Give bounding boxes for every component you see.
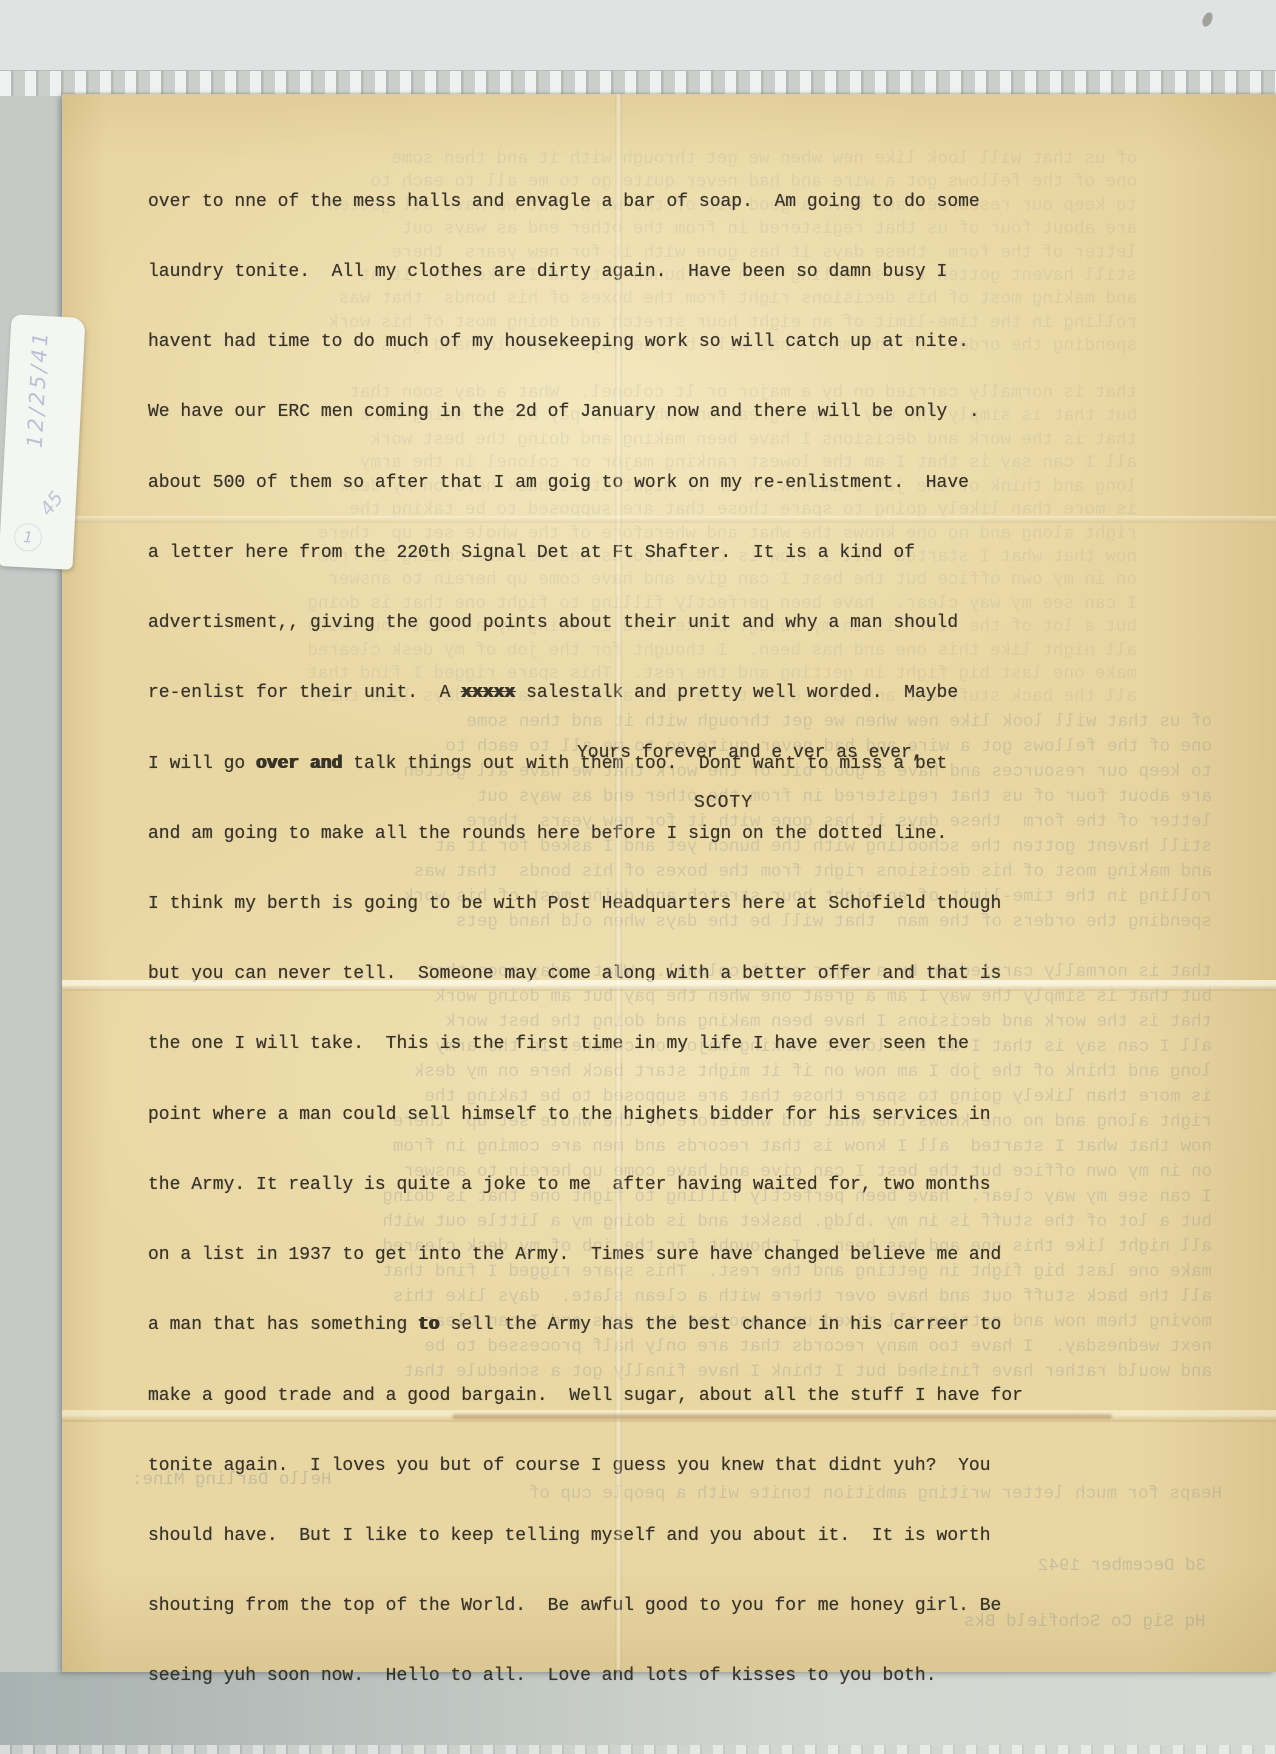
- overstruck-text: over and: [256, 754, 342, 774]
- letter-line: about 500 of them so after that I am goi…: [148, 472, 1148, 495]
- letter-line: laundry tonite. All my clothes are dirty…: [148, 261, 1148, 284]
- letter-line: seeing yuh soon now. Hello to all. Love …: [148, 1665, 1148, 1688]
- archive-sticker: 12/25/41 45 1: [0, 314, 86, 570]
- letter-paper: of us that will look like new when we ge…: [62, 94, 1276, 1672]
- sleeve-bottom-perforation: [0, 1745, 1276, 1754]
- letter-line: point where a man could sell himself to …: [148, 1104, 1148, 1127]
- letter-line: shouting from the top of the World. Be a…: [148, 1595, 1148, 1618]
- scanned-letter-page: { "letter": { "lines": [ "over to nne of…: [0, 0, 1276, 1754]
- letter-line: a letter here from the 220th Signal Det …: [148, 542, 1148, 565]
- fold-crease-horizontal-upper: [62, 516, 1276, 523]
- fold-crease-horizontal-middle: [62, 980, 1276, 991]
- letter-line: and am going to make all the rounds here…: [148, 823, 1148, 846]
- letter-line: We have our ERC men coming in the 2d of …: [148, 401, 1148, 424]
- letter-closing: Yours forever and e ver as ever,: [577, 742, 923, 765]
- sticker-circled-mark: 1: [13, 523, 42, 552]
- sleeve-perforation-strip: [0, 71, 1276, 96]
- sticker-handwritten-number: 45: [36, 487, 68, 520]
- sticker-handwritten-date: 12/25/41: [23, 329, 53, 448]
- strikeout-text: xxxxx: [461, 683, 515, 703]
- fold-crease-stain: [452, 1414, 1112, 1419]
- letter-line: on a list in 1937 to get into the Army. …: [148, 1244, 1148, 1267]
- letter-signature: SCOTY: [694, 792, 753, 815]
- letter-line: havent had time to do much of my houseke…: [148, 331, 1148, 354]
- letter-line: the Army. It really is quite a joke to m…: [148, 1174, 1148, 1197]
- typed-letter-body: over to nne of the mess halls and envagl…: [148, 144, 1148, 1736]
- overstruck-text: to: [418, 1315, 440, 1335]
- letter-line: I think my berth is going to be with Pos…: [148, 893, 1148, 916]
- letter-line: re-enlist for their unit. A xxxxx salest…: [148, 682, 1148, 705]
- sleeve-top-edge: [0, 0, 1276, 71]
- letter-line: make a good trade and a good bargain. We…: [148, 1385, 1148, 1408]
- letter-line: the one I will take. This is the first t…: [148, 1033, 1148, 1056]
- letter-line: a man that has something to sell the Arm…: [148, 1314, 1148, 1337]
- letter-line: should have. But I like to keep telling …: [148, 1525, 1148, 1548]
- letter-line: tonite again. I loves you but of course …: [148, 1455, 1148, 1478]
- letter-line: advertisment,, giving the good points ab…: [148, 612, 1148, 635]
- fold-crease-vertical: [615, 94, 622, 1672]
- letter-line: over to nne of the mess halls and envagl…: [148, 191, 1148, 214]
